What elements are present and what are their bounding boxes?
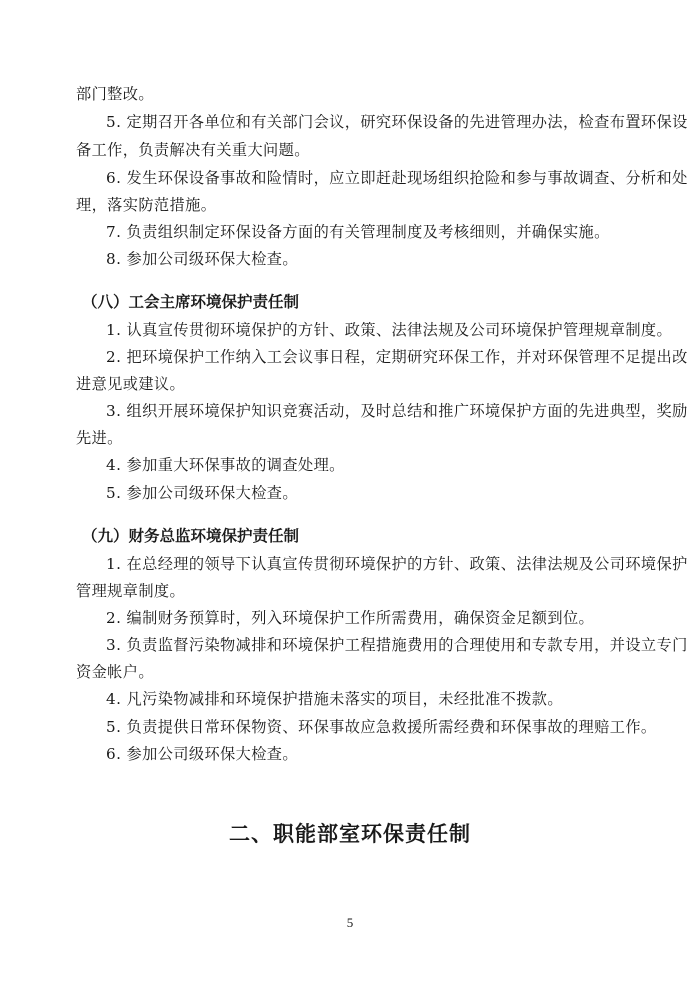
list-item: 4. 参加重大环保事故的调查处理。 (106, 455, 624, 475)
list-item: 4. 凡污染物减排和环境保护措施未落实的项目，未经批准不拨款。 (106, 689, 624, 709)
list-item-8: 8. 参加公司级环保大检查。 (106, 249, 624, 269)
list-item-cont: 进意见或建议。 (76, 374, 624, 394)
list-item-7: 7. 负责组织制定环保设备方面的有关管理制度及考核细则，并确保实施。 (106, 222, 624, 242)
paragraph-continuation: 部门整改。 (76, 84, 624, 104)
document-page: 部门整改。 5. 定期召开各单位和有关部门会议，研究环保设备的先进管理办法，检查… (0, 0, 700, 989)
list-item: 5. 负责提供日常环保物资、环保事故应急救援所需经费和环保事故的理赔工作。 (106, 717, 624, 737)
list-item: 1. 在总经理的领导下认真宣传贯彻环境保护的方针、政策、法律法规及公司环境保护 (106, 554, 624, 574)
list-item: 1. 认真宣传贯彻环境保护的方针、政策、法律法规及公司环境保护管理规章制度。 (106, 320, 624, 340)
list-item-cont: 先进。 (76, 428, 624, 448)
list-item-cont: 管理规章制度。 (76, 581, 624, 601)
page-number: 5 (0, 915, 700, 931)
section-heading-8: （八）工会主席环境保护责任制 (82, 292, 299, 312)
list-item: 5. 参加公司级环保大检查。 (106, 483, 624, 503)
chapter-heading: 二、职能部室环保责任制 (0, 818, 700, 848)
list-item-6: 6. 发生环保设备事故和险情时，应立即赶赴现场组织抢险和参与事故调查、分析和处 (106, 168, 624, 188)
list-item-cont: 资金帐户。 (76, 662, 624, 682)
list-item: 2. 编制财务预算时，列入环境保护工作所需费用，确保资金足额到位。 (106, 608, 624, 628)
list-item: 3. 负责监督污染物减排和环境保护工程措施费用的合理使用和专款专用，并设立专门 (106, 635, 624, 655)
list-item-5: 5. 定期召开各单位和有关部门会议，研究环保设备的先进管理办法，检查布置环保设 (106, 112, 624, 132)
list-item-5-cont: 备工作，负责解决有关重大问题。 (76, 140, 624, 160)
list-item: 6. 参加公司级环保大检查。 (106, 744, 624, 764)
list-item: 3. 组织开展环境保护知识竞赛活动，及时总结和推广环境保护方面的先进典型，奖励 (106, 401, 624, 421)
section-heading-9: （九）财务总监环境保护责任制 (82, 526, 299, 546)
list-item: 2. 把环境保护工作纳入工会议事日程，定期研究环保工作，并对环保管理不足提出改 (106, 347, 624, 367)
list-item-6-cont: 理，落实防范措施。 (76, 195, 624, 215)
